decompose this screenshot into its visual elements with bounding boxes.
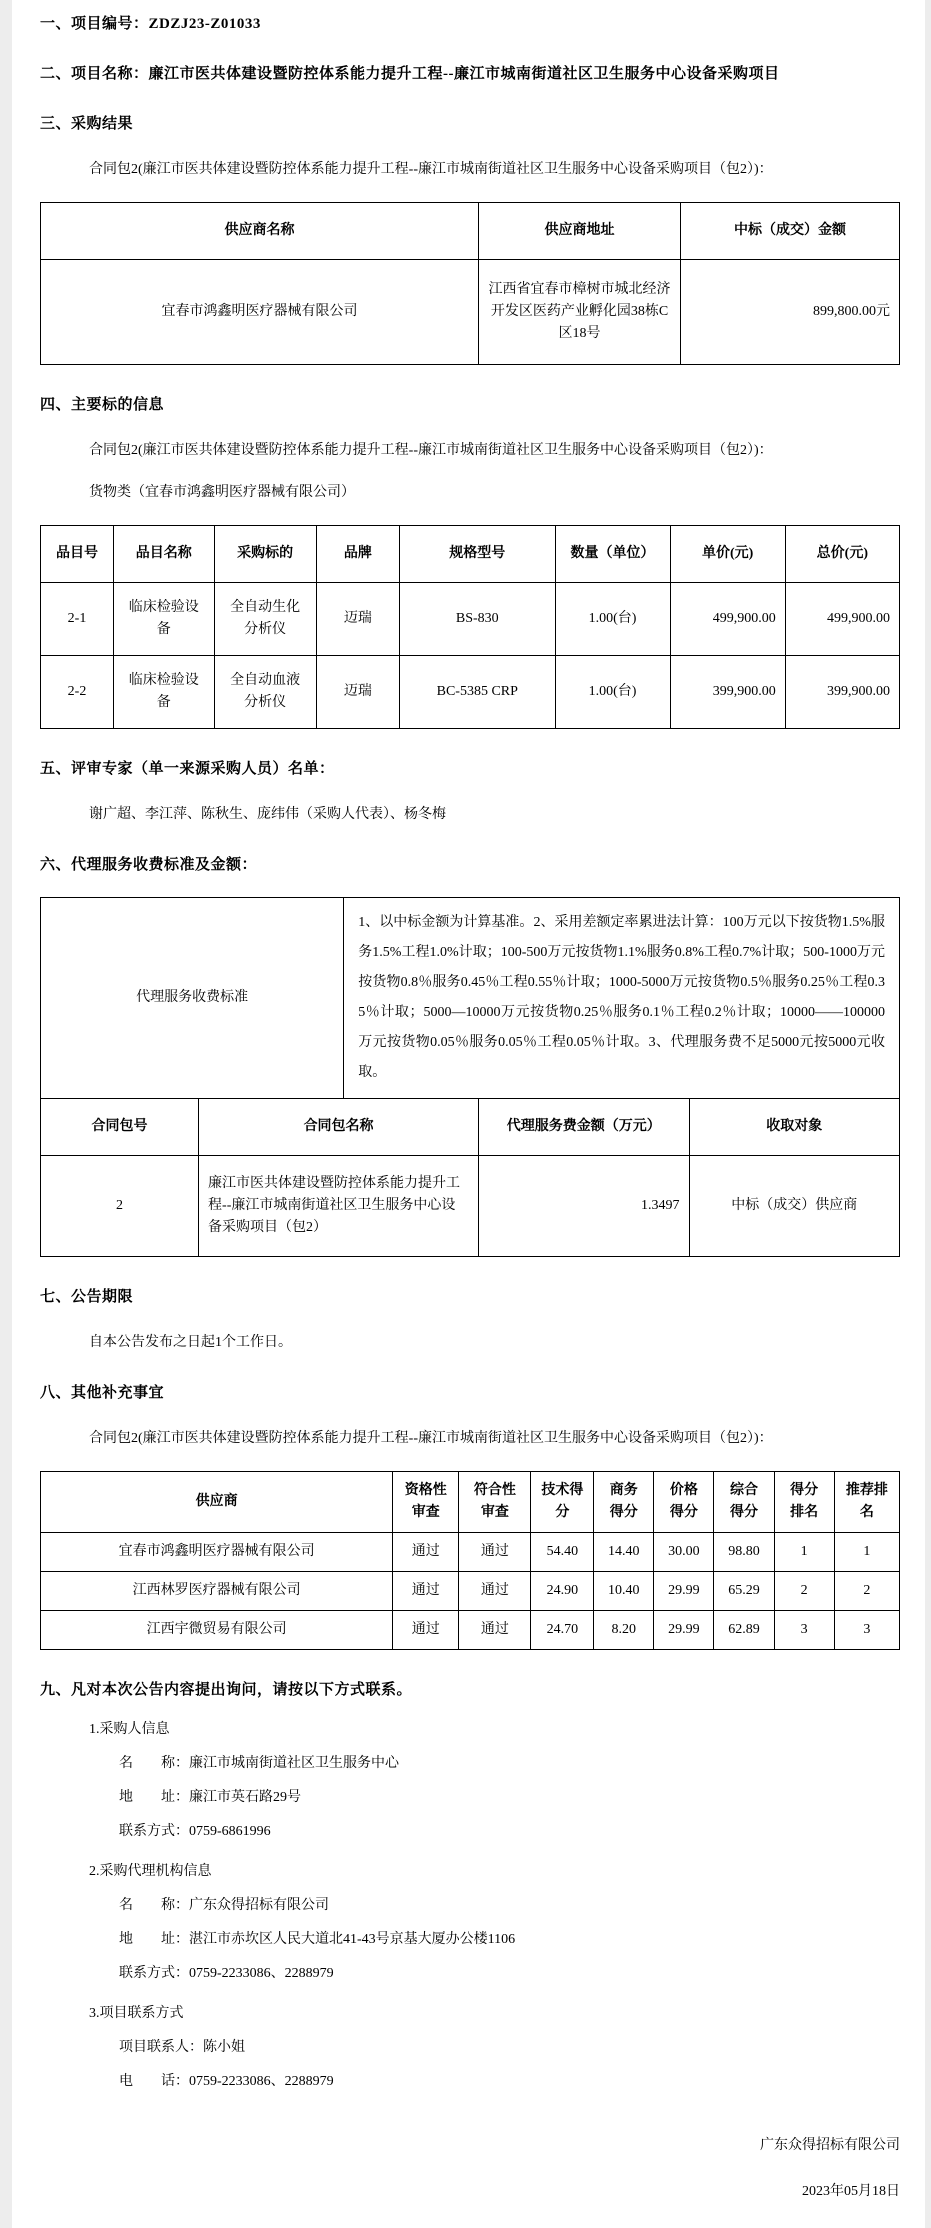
- package-name-cell: 廉江市医共体建设暨防控体系能力提升工程--廉江市城南街道社区卫生服务中心设备采购…: [199, 1156, 479, 1257]
- fee-payer-cell: 中标（成交）供应商: [689, 1156, 899, 1257]
- table-row: 宜春市鸿鑫明医疗器械有限公司 通过 通过 54.40 14.40 30.00 9…: [41, 1533, 900, 1572]
- table-row: 宜春市鸿鑫明医疗器械有限公司 江西省宜春市樟树市城北经济开发区医药产业孵化园38…: [41, 260, 900, 365]
- price-score-cell: 29.99: [654, 1611, 714, 1650]
- qualification-cell: 通过: [393, 1611, 459, 1650]
- col-brand: 品牌: [316, 526, 399, 583]
- section-other-matters-heading: 八、其他补充事宜: [40, 1383, 900, 1403]
- item-no-cell: 2-2: [41, 656, 114, 729]
- award-result-header-row: 供应商名称 供应商地址 中标（成交）金额: [41, 203, 900, 260]
- fee-amount-header-row: 合同包号 合同包名称 代理服务费金额（万元） 收取对象: [41, 1099, 900, 1156]
- fee-standard-label-cell: 代理服务收费标准: [41, 898, 344, 1099]
- col-model: 规格型号: [400, 526, 555, 583]
- item-name-cell: 临床检验设备: [114, 656, 215, 729]
- package-no-cell: 2: [41, 1156, 199, 1257]
- col-item-no: 品目号: [41, 526, 114, 583]
- table-row: 江西宇微贸易有限公司 通过 通过 24.70 8.20 29.99 62.89 …: [41, 1611, 900, 1650]
- supplier-name-cell: 宜春市鸿鑫明医疗器械有限公司: [41, 260, 479, 365]
- item-no-cell: 2-1: [41, 583, 114, 656]
- footer-company: 广东众得招标有限公司: [40, 2136, 900, 2156]
- item-detail-header-row: 品目号 品目名称 采购标的 品牌 规格型号 数量（单位） 单价(元) 总价(元): [41, 526, 900, 583]
- supplier-cell: 江西林罗医疗器械有限公司: [41, 1572, 393, 1611]
- col-technical-score: 技术得分: [531, 1472, 594, 1533]
- section-contact-heading: 九、凡对本次公告内容提出询问，请按以下方式联系。: [40, 1680, 900, 1700]
- supplier-cell: 江西宇微贸易有限公司: [41, 1611, 393, 1650]
- table-row: 2-1 临床检验设备 全自动生化分析仪 迈瑞 BS-830 1.00(台) 49…: [41, 583, 900, 656]
- col-total-price: 总价(元): [785, 526, 899, 583]
- conformity-cell: 通过: [459, 1533, 531, 1572]
- expert-names: 谢广超、李江萍、陈秋生、庞纬伟（采购人代表）、杨冬梅: [89, 805, 900, 825]
- price-score-cell: 29.99: [654, 1572, 714, 1611]
- total-score-cell: 62.89: [714, 1611, 774, 1650]
- score-rank-cell: 3: [774, 1611, 834, 1650]
- award-amount-cell: 899,800.00元: [680, 260, 899, 365]
- section-main-subject-heading: 四、主要标的信息: [40, 395, 900, 415]
- technical-score-cell: 54.40: [531, 1533, 594, 1572]
- col-supplier-name: 供应商名称: [41, 203, 479, 260]
- brand-cell: 迈瑞: [316, 583, 399, 656]
- item-detail-table: 品目号 品目名称 采购标的 品牌 规格型号 数量（单位） 单价(元) 总价(元)…: [40, 525, 900, 729]
- col-unit-price: 单价(元): [670, 526, 785, 583]
- agency-fee-amount-table: 合同包号 合同包名称 代理服务费金额（万元） 收取对象 2 廉江市医共体建设暨防…: [40, 1098, 900, 1257]
- table-row: 2 廉江市医共体建设暨防控体系能力提升工程--廉江市城南街道社区卫生服务中心设备…: [41, 1156, 900, 1257]
- section-procurement-result-heading: 三、采购结果: [40, 114, 900, 134]
- award-result-table: 供应商名称 供应商地址 中标（成交）金额 宜春市鸿鑫明医疗器械有限公司 江西省宜…: [40, 202, 900, 365]
- project-contact-phone: 电 话：0759-2233086、2288979: [119, 2072, 900, 2092]
- unit-price-cell: 499,900.00: [670, 583, 785, 656]
- total-price-cell: 399,900.00: [785, 656, 899, 729]
- total-score-cell: 65.29: [714, 1572, 774, 1611]
- table-row: 2-2 临床检验设备 全自动血液分析仪 迈瑞 BC-5385 CRP 1.00(…: [41, 656, 900, 729]
- col-price-score: 价格得分: [654, 1472, 714, 1533]
- document-footer: 广东众得招标有限公司 2023年05月18日: [40, 2136, 900, 2202]
- col-fee-amount: 代理服务费金额（万元）: [479, 1099, 689, 1156]
- col-total-score: 综合得分: [714, 1472, 774, 1533]
- item-name-cell: 临床检验设备: [114, 583, 215, 656]
- total-score-cell: 98.80: [714, 1533, 774, 1572]
- supplier-address-cell: 江西省宜春市樟树市城北经济开发区医药产业孵化园38栋C区18号: [479, 260, 681, 365]
- section-announcement-period-heading: 七、公告期限: [40, 1287, 900, 1307]
- score-table: 供应商 资格性审查 符合性审查 技术得分 商务得分 价格得分 综合得分 得分排名…: [40, 1471, 900, 1650]
- unit-price-cell: 399,900.00: [670, 656, 785, 729]
- agency-fee-standard-table: 代理服务收费标准 1、以中标金额为计算基准。2、采用差额定率累进法计算：100万…: [40, 897, 900, 1099]
- subject-cell: 全自动血液分析仪: [214, 656, 316, 729]
- purchaser-address: 地 址：廉江市英石路29号: [119, 1788, 900, 1808]
- col-item-name: 品目名称: [114, 526, 215, 583]
- col-qualification-review: 资格性审查: [393, 1472, 459, 1533]
- model-cell: BS-830: [400, 583, 555, 656]
- model-cell: BC-5385 CRP: [400, 656, 555, 729]
- conformity-cell: 通过: [459, 1572, 531, 1611]
- fee-standard-row: 代理服务收费标准 1、以中标金额为计算基准。2、采用差额定率累进法计算：100万…: [41, 898, 900, 1099]
- agency-address: 地 址：湛江市赤坎区人民大道北41-43号京基大厦办公楼1106: [119, 1930, 900, 1950]
- col-supplier-address: 供应商地址: [479, 203, 681, 260]
- recommend-rank-cell: 2: [834, 1572, 899, 1611]
- conformity-cell: 通过: [459, 1611, 531, 1650]
- recommend-rank-cell: 3: [834, 1611, 899, 1650]
- project-contact-title: 3.项目联系方式: [89, 2004, 900, 2024]
- supplier-cell: 宜春市鸿鑫明医疗器械有限公司: [41, 1533, 393, 1572]
- procurement-result-intro: 合同包2(廉江市医共体建设暨防控体系能力提升工程--廉江市城南街道社区卫生服务中…: [89, 160, 900, 180]
- goods-category-line: 货物类（宜春市鸿鑫明医疗器械有限公司）: [89, 483, 900, 503]
- purchaser-contact: 联系方式：0759-6861996: [119, 1822, 900, 1842]
- recommend-rank-cell: 1: [834, 1533, 899, 1572]
- col-package-name: 合同包名称: [199, 1099, 479, 1156]
- col-fee-payer: 收取对象: [689, 1099, 899, 1156]
- col-business-score: 商务得分: [594, 1472, 654, 1533]
- other-matters-intro: 合同包2(廉江市医共体建设暨防控体系能力提升工程--廉江市城南街道社区卫生服务中…: [89, 1429, 900, 1449]
- price-score-cell: 30.00: [654, 1533, 714, 1572]
- quantity-cell: 1.00(台): [555, 583, 670, 656]
- quantity-cell: 1.00(台): [555, 656, 670, 729]
- section-project-number: 一、项目编号：ZDZJ23-Z01033: [40, 14, 900, 34]
- business-score-cell: 14.40: [594, 1533, 654, 1572]
- fee-amount-cell: 1.3497: [479, 1156, 689, 1257]
- agency-contact: 联系方式：0759-2233086、2288979: [119, 1964, 900, 1984]
- section-experts-heading: 五、评审专家（单一来源采购人员）名单：: [40, 759, 900, 779]
- fee-standard-text-cell: 1、以中标金额为计算基准。2、采用差额定率累进法计算：100万元以下按货物1.5…: [344, 898, 900, 1099]
- page-right-margin: [925, 0, 931, 2228]
- table-row: 江西林罗医疗器械有限公司 通过 通过 24.90 10.40 29.99 65.…: [41, 1572, 900, 1611]
- footer-date: 2023年05月18日: [40, 2182, 900, 2202]
- procurement-result-announcement: 一、项目编号：ZDZJ23-Z01033 二、项目名称：廉江市医共体建设暨防控体…: [0, 0, 931, 2228]
- score-rank-cell: 1: [774, 1533, 834, 1572]
- col-procurement-subject: 采购标的: [214, 526, 316, 583]
- section-project-name: 二、项目名称：廉江市医共体建设暨防控体系能力提升工程--廉江市城南街道社区卫生服…: [40, 64, 900, 84]
- col-conformity-review: 符合性审查: [459, 1472, 531, 1533]
- col-award-amount: 中标（成交）金额: [680, 203, 899, 260]
- brand-cell: 迈瑞: [316, 656, 399, 729]
- business-score-cell: 10.40: [594, 1572, 654, 1611]
- main-subject-intro: 合同包2(廉江市医共体建设暨防控体系能力提升工程--廉江市城南街道社区卫生服务中…: [89, 441, 900, 461]
- total-price-cell: 499,900.00: [785, 583, 899, 656]
- business-score-cell: 8.20: [594, 1611, 654, 1650]
- technical-score-cell: 24.90: [531, 1572, 594, 1611]
- score-rank-cell: 2: [774, 1572, 834, 1611]
- agency-info-title: 2.采购代理机构信息: [89, 1862, 900, 1882]
- announcement-period-text: 自本公告发布之日起1个工作日。: [89, 1333, 900, 1353]
- subject-cell: 全自动生化分析仪: [214, 583, 316, 656]
- score-header-row: 供应商 资格性审查 符合性审查 技术得分 商务得分 价格得分 综合得分 得分排名…: [41, 1472, 900, 1533]
- qualification-cell: 通过: [393, 1533, 459, 1572]
- purchaser-info-title: 1.采购人信息: [89, 1720, 900, 1740]
- agency-name: 名 称：广东众得招标有限公司: [119, 1896, 900, 1916]
- col-quantity-unit: 数量（单位）: [555, 526, 670, 583]
- section-agency-fee-heading: 六、代理服务收费标准及金额：: [40, 855, 900, 875]
- purchaser-name: 名 称：廉江市城南街道社区卫生服务中心: [119, 1754, 900, 1774]
- col-recommend-rank: 推荐排名: [834, 1472, 899, 1533]
- page-left-margin: [0, 0, 12, 2228]
- document-content: 一、项目编号：ZDZJ23-Z01033 二、项目名称：廉江市医共体建设暨防控体…: [0, 0, 931, 2228]
- project-contact-person: 项目联系人：陈小姐: [119, 2038, 900, 2058]
- col-supplier: 供应商: [41, 1472, 393, 1533]
- technical-score-cell: 24.70: [531, 1611, 594, 1650]
- qualification-cell: 通过: [393, 1572, 459, 1611]
- col-score-rank: 得分排名: [774, 1472, 834, 1533]
- col-package-no: 合同包号: [41, 1099, 199, 1156]
